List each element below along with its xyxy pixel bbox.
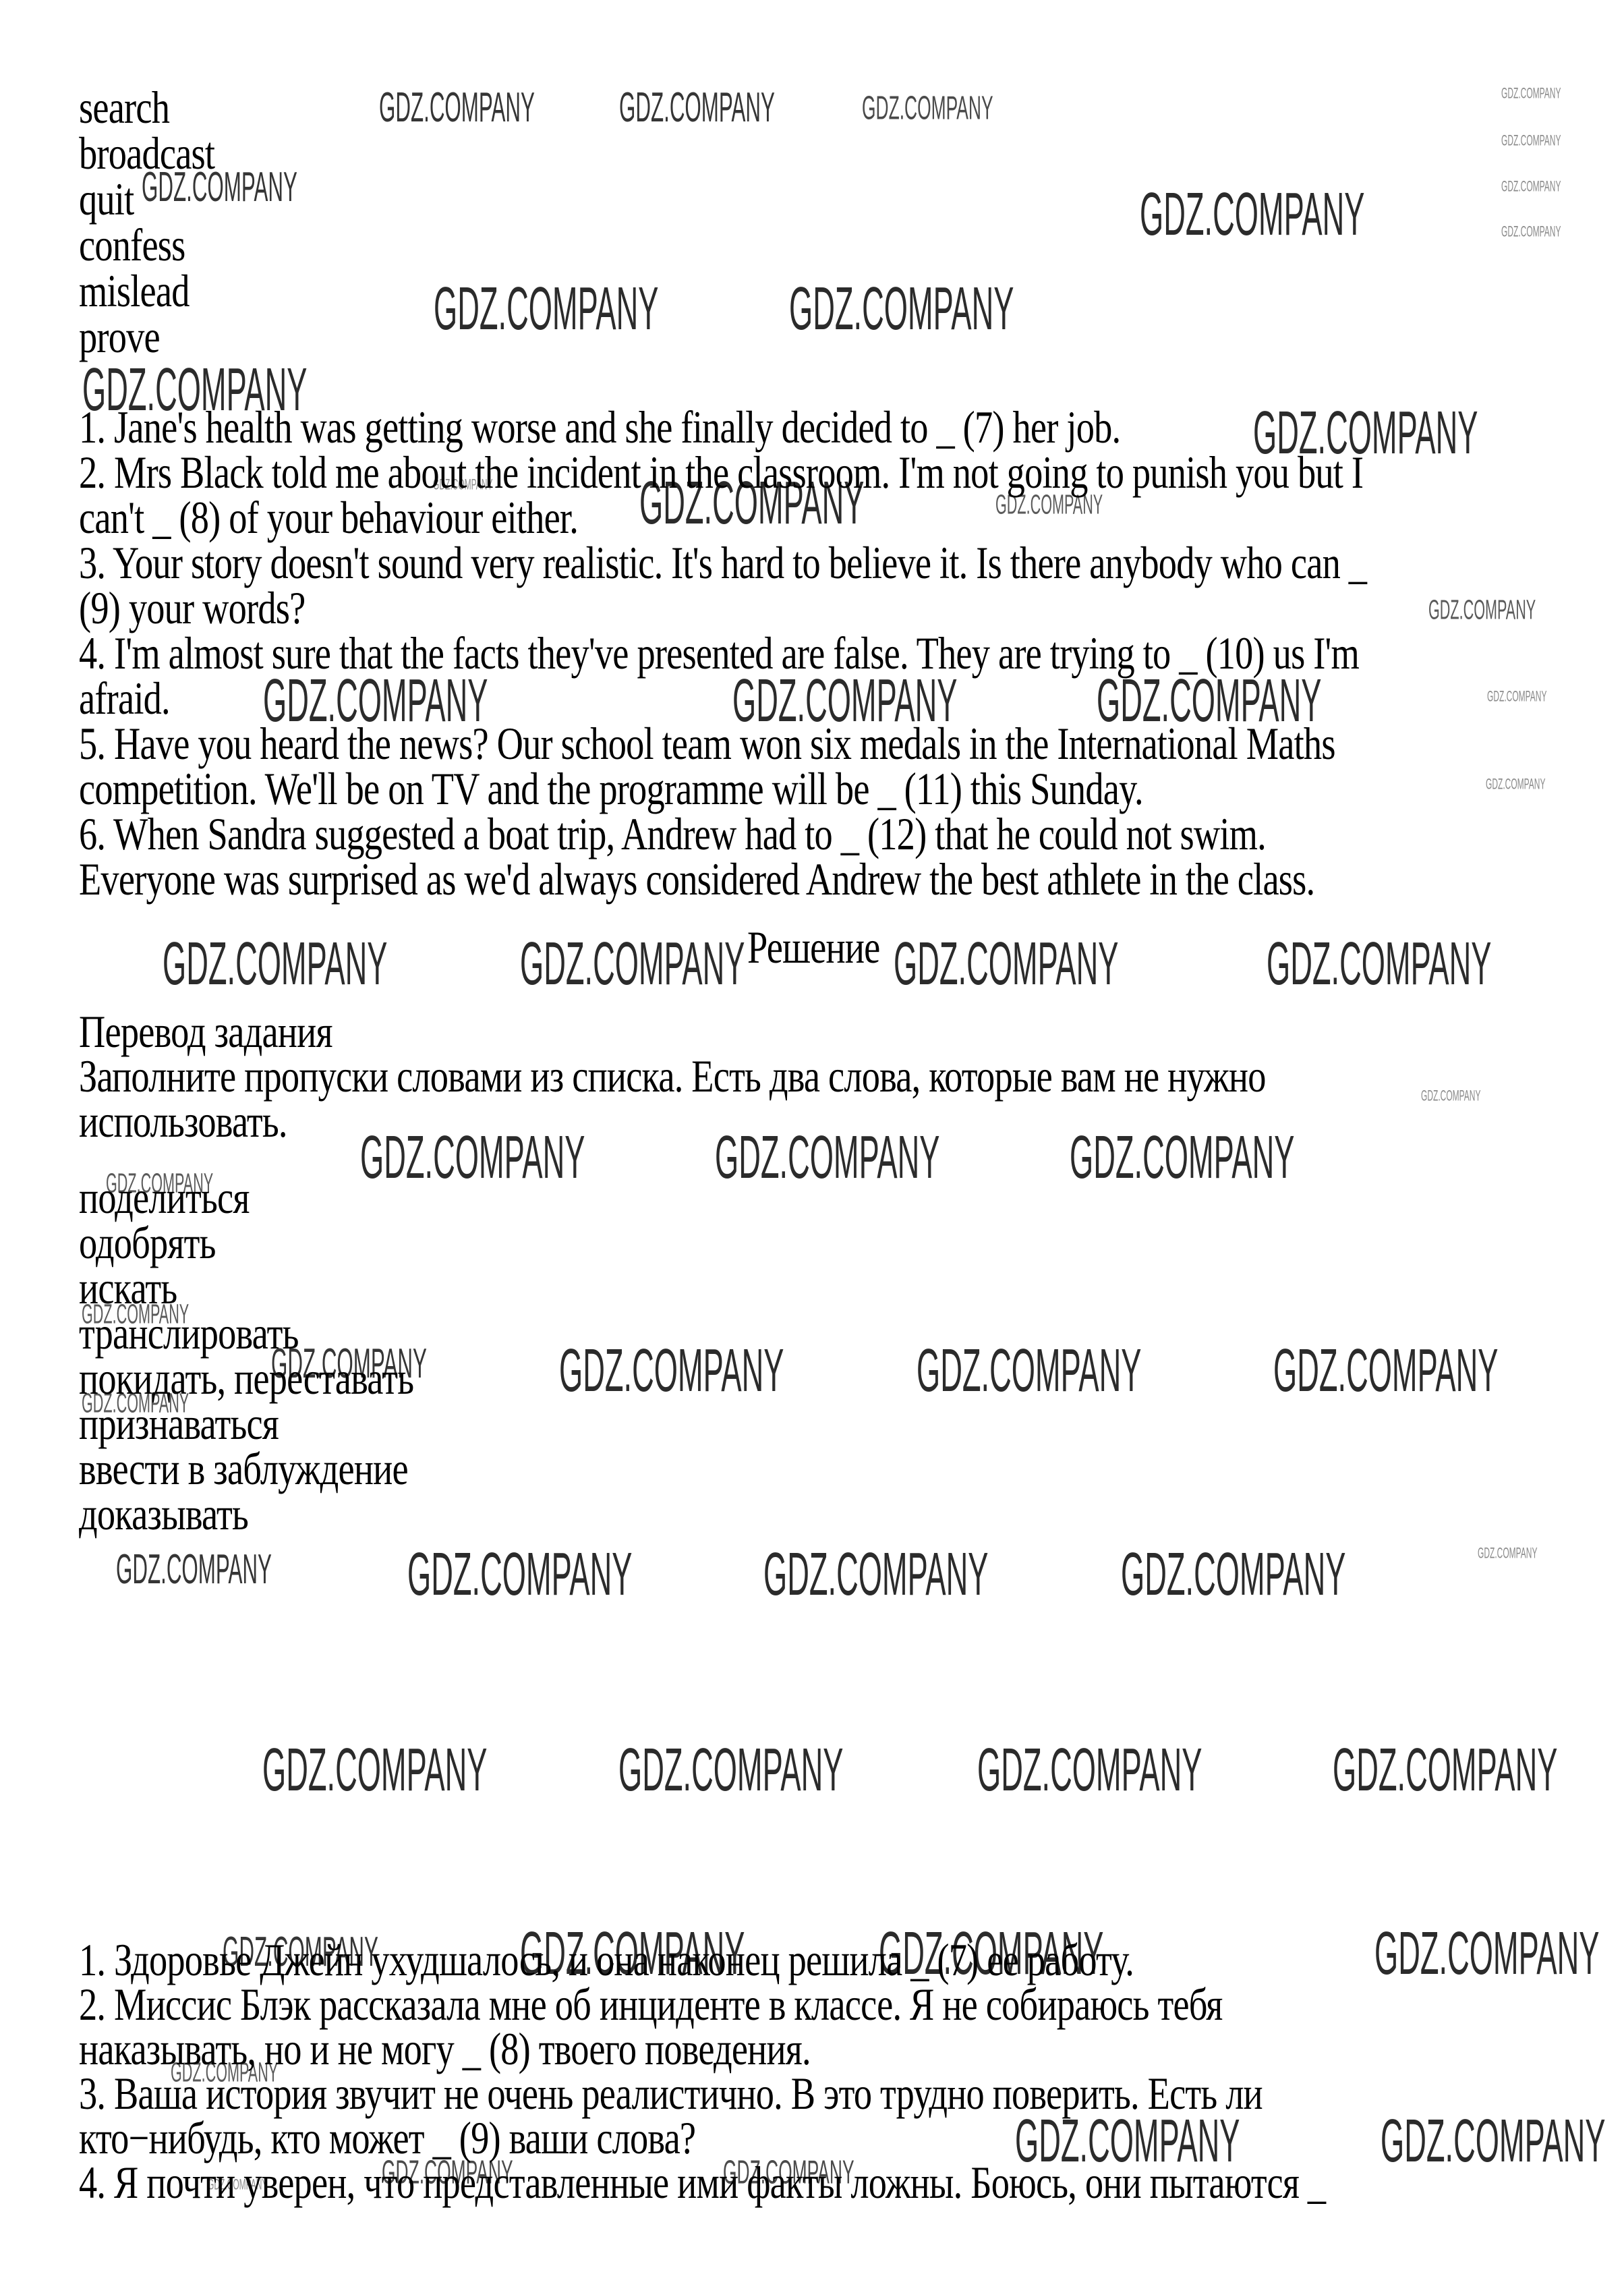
text-line: поделиться: [79, 1174, 497, 1220]
line-text: broadcast: [79, 130, 214, 176]
gdz-company-watermark: GDZ.COMPANY: [1501, 134, 1561, 148]
text-line: транслировать: [79, 1310, 497, 1355]
text-line: покидать, переставать: [79, 1355, 497, 1400]
text-line: 6. When Sandra suggested a boat trip, An…: [79, 811, 1624, 856]
text-line: can't _ (8) of your behaviour either.: [79, 494, 1624, 540]
russian-word-list: поделитьсяодобрятьискатьтранслироватьпок…: [79, 1174, 497, 1536]
gdz-company-watermark: GDZ.COMPANY: [1501, 86, 1561, 101]
text-line: доказывать: [79, 1491, 497, 1536]
gdz-company-watermark: GDZ.COMPANY: [163, 933, 387, 994]
line-text: доказывать: [79, 1491, 248, 1537]
line-text: confess: [79, 222, 185, 268]
text-line: использовать.: [79, 1098, 1563, 1143]
text-line: 4. I'm almost sure that the facts they'v…: [79, 630, 1624, 675]
translation-title-label: Перевод задания: [79, 1009, 332, 1054]
line-text: транслировать: [79, 1310, 299, 1356]
line-text: afraid.: [79, 675, 170, 721]
text-line: одобрять: [79, 1220, 497, 1265]
line-text: использовать.: [79, 1098, 287, 1144]
line-text: Заполните пропуски словами из списка. Ес…: [79, 1053, 1266, 1099]
english-sentences: 1. Jane's health was getting worse and s…: [79, 404, 1624, 901]
document-page: GDZ.COMPANYGDZ.COMPANYGDZ.COMPANYGDZ.COM…: [0, 0, 1624, 2295]
text-line: ввести в заблуждение: [79, 1446, 497, 1491]
text-line: 5. Have you heard the news? Our school t…: [79, 720, 1624, 766]
task-translation-text: Заполните пропуски словами из списка. Ес…: [79, 1053, 1563, 1143]
text-line: признаваться: [79, 1400, 497, 1446]
line-text: искать: [79, 1265, 177, 1311]
line-text: 4. I'm almost sure that the facts they'v…: [79, 630, 1359, 676]
gdz-company-watermark: GDZ.COMPANY: [1121, 1543, 1345, 1604]
line-text: 2. Миссис Блэк рассказала мне об инциден…: [79, 1981, 1223, 2027]
gdz-company-watermark: GDZ.COMPANY: [407, 1543, 632, 1604]
line-text: наказывать, но и не могу _ (8) твоего по…: [79, 2026, 811, 2072]
russian-sentences: 1. Здоровье Джейн ухудшалось, и она нако…: [79, 1937, 1624, 2204]
gdz-company-watermark: GDZ.COMPANY: [1333, 1739, 1557, 1800]
gdz-company-watermark: GDZ.COMPANY: [862, 92, 993, 125]
line-text: Everyone was surprised as we'd always co…: [79, 856, 1314, 902]
gdz-company-watermark: GDZ.COMPANY: [1273, 1340, 1498, 1400]
gdz-company-watermark: GDZ.COMPANY: [1478, 1546, 1537, 1561]
line-text: 2. Mrs Black told me about the incident …: [79, 449, 1363, 495]
text-line: confess: [79, 222, 249, 268]
line-text: признаваться: [79, 1400, 279, 1446]
gdz-company-watermark: GDZ.COMPANY: [262, 1739, 487, 1800]
line-text: can't _ (8) of your behaviour either.: [79, 494, 578, 540]
line-text: 6. When Sandra suggested a boat trip, An…: [79, 811, 1266, 857]
line-text: quit: [79, 176, 134, 222]
line-text: 5. Have you heard the news? Our school t…: [79, 720, 1335, 766]
gdz-company-watermark: GDZ.COMPANY: [789, 278, 1014, 339]
gdz-company-watermark: GDZ.COMPANY: [618, 1739, 843, 1800]
text-line: 2. Mrs Black told me about the incident …: [79, 449, 1624, 494]
gdz-company-watermark: GDZ.COMPANY: [116, 1548, 272, 1590]
solution-header-label: Решение: [747, 924, 879, 970]
text-line: 3. Your story doesn't sound very realist…: [79, 540, 1624, 585]
gdz-company-watermark: GDZ.COMPANY: [1501, 225, 1561, 239]
gdz-company-watermark: GDZ.COMPANY: [619, 86, 775, 128]
text-line: prove: [79, 314, 249, 360]
line-text: 1. Здоровье Джейн ухудшалось, и она нако…: [79, 1937, 1134, 1983]
gdz-company-watermark: GDZ.COMPANY: [894, 933, 1118, 994]
text-line: 4. Я почти уверен, что представленные им…: [79, 2159, 1624, 2204]
line-text: 3. Ваша история звучит не очень реалисти…: [79, 2070, 1263, 2116]
text-line: afraid.: [79, 675, 1624, 720]
gdz-company-watermark: GDZ.COMPANY: [1267, 933, 1491, 994]
text-line: кто−нибудь, кто может _ (9) ваши слова?: [79, 2115, 1624, 2159]
solution-header: Решение: [747, 924, 913, 970]
line-text: ввести в заблуждение: [79, 1446, 408, 1492]
text-line: quit: [79, 176, 249, 222]
gdz-company-watermark: GDZ.COMPANY: [763, 1543, 988, 1604]
gdz-company-watermark: GDZ.COMPANY: [520, 933, 745, 994]
text-line: Заполните пропуски словами из списка. Ес…: [79, 1053, 1563, 1098]
text-line: mislead: [79, 268, 249, 314]
text-line: 1. Здоровье Джейн ухудшалось, и она нако…: [79, 1937, 1624, 1981]
text-line: 1. Jane's health was getting worse and s…: [79, 404, 1624, 449]
line-text: кто−нибудь, кто может _ (9) ваши слова?: [79, 2115, 695, 2161]
line-text: 3. Your story doesn't sound very realist…: [79, 540, 1366, 586]
line-text: mislead: [79, 268, 190, 314]
text-line: 3. Ваша история звучит не очень реалисти…: [79, 2070, 1624, 2115]
text-line: искать: [79, 1265, 497, 1310]
gdz-company-watermark: GDZ.COMPANY: [379, 86, 535, 128]
gdz-company-watermark: GDZ.COMPANY: [917, 1340, 1141, 1400]
text-line: 2. Миссис Блэк рассказала мне об инциден…: [79, 1981, 1624, 2026]
line-text: competition. We'll be on TV and the prog…: [79, 766, 1143, 812]
line-text: 4. Я почти уверен, что представленные им…: [79, 2159, 1325, 2205]
text-line: наказывать, но и не могу _ (8) твоего по…: [79, 2026, 1624, 2070]
english-word-list: searchbroadcastquitconfessmisleadprove: [79, 84, 249, 360]
line-text: одобрять: [79, 1220, 216, 1266]
translation-title: Перевод задания: [79, 1009, 396, 1054]
gdz-company-watermark: GDZ.COMPANY: [434, 278, 658, 339]
text-line: (9) your words?: [79, 585, 1624, 630]
line-text: 1. Jane's health was getting worse and s…: [79, 404, 1120, 450]
line-text: search: [79, 84, 169, 130]
line-text: (9) your words?: [79, 585, 305, 631]
line-text: покидать, переставать: [79, 1355, 413, 1401]
text-line: Everyone was surprised as we'd always co…: [79, 856, 1624, 901]
line-text: поделиться: [79, 1174, 250, 1220]
text-line: search: [79, 84, 249, 130]
gdz-company-watermark: GDZ.COMPANY: [1501, 179, 1561, 194]
gdz-company-watermark: GDZ.COMPANY: [977, 1739, 1202, 1800]
text-line: competition. We'll be on TV and the prog…: [79, 766, 1624, 811]
gdz-company-watermark: GDZ.COMPANY: [559, 1340, 784, 1400]
line-text: prove: [79, 314, 160, 360]
gdz-company-watermark: GDZ.COMPANY: [1140, 183, 1364, 244]
text-line: broadcast: [79, 130, 249, 176]
